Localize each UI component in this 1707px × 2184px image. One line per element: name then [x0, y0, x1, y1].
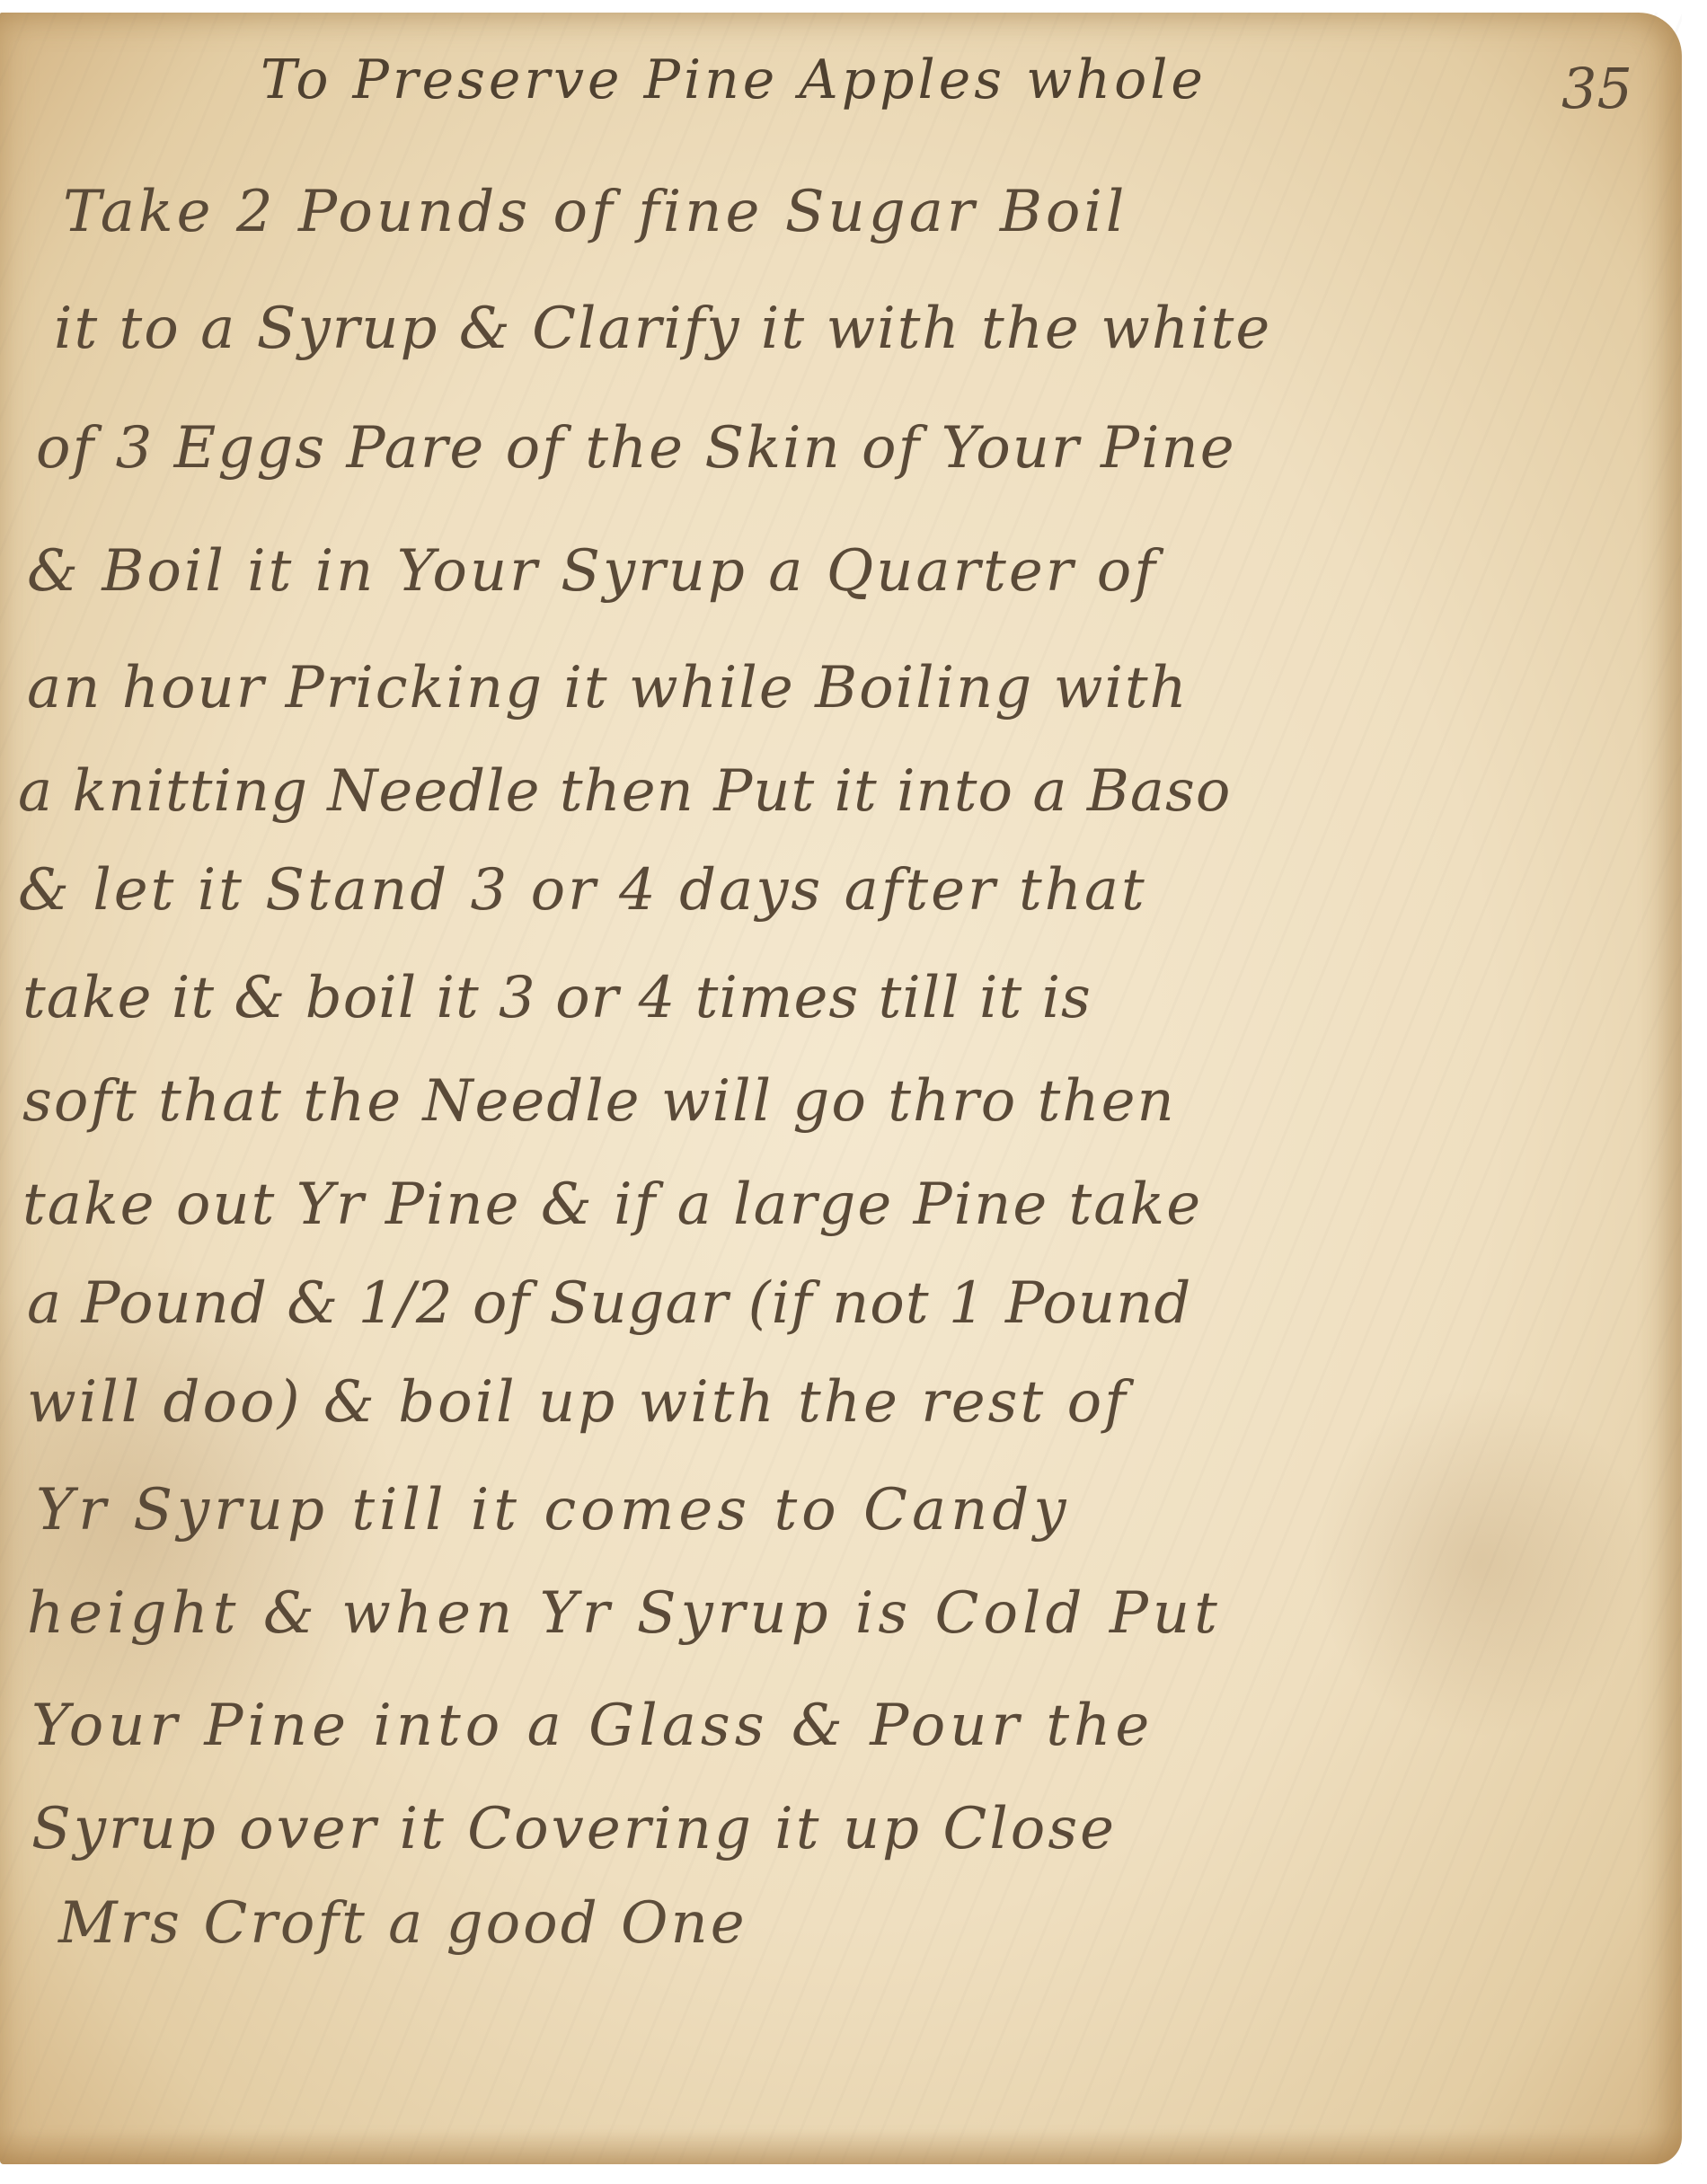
text-line: Syrup over it Covering it up Close [31, 1796, 1117, 1862]
manuscript-page: To Preserve Pine Apples whole 35 Take 2 … [0, 13, 1682, 2164]
text-line: it to a Syrup & Clarify it with the whit… [54, 296, 1271, 362]
text-line: Your Pine into a Glass & Pour the [31, 1693, 1154, 1759]
text-line: a Pound & 1/2 of Sugar (if not 1 Pound [27, 1270, 1191, 1337]
text-line: will doo) & boil up with the rest of [27, 1369, 1128, 1436]
text-line: soft that the Needle will go thro then [22, 1068, 1176, 1135]
page-number: 35 [1561, 56, 1632, 121]
text-line: an hour Pricking it while Boiling with [27, 655, 1189, 721]
signature-attribution: Mrs Croft a good One [58, 1890, 747, 1957]
text-line: take it & boil it 3 or 4 times till it i… [22, 965, 1092, 1031]
recipe-title: To Preserve Pine Apples whole [261, 49, 1207, 111]
text-line: take out Yr Pine & if a large Pine take [22, 1172, 1202, 1238]
manuscript-text-area: To Preserve Pine Apples whole 35 Take 2 … [0, 13, 1682, 2164]
text-line: & Boil it in Your Syrup a Quarter of [27, 538, 1158, 605]
text-line: of 3 Eggs Pare of the Skin of Your Pine [36, 415, 1236, 482]
text-line: height & when Yr Syrup is Cold Put [27, 1580, 1222, 1647]
text-line: Take 2 Pounds of fine Sugar Boil [63, 179, 1128, 245]
text-line: Yr Syrup till it comes to Candy [36, 1477, 1071, 1543]
text-line: & let it Stand 3 or 4 days after that [18, 857, 1147, 924]
text-line: a knitting Needle then Put it into a Bas… [18, 758, 1231, 825]
